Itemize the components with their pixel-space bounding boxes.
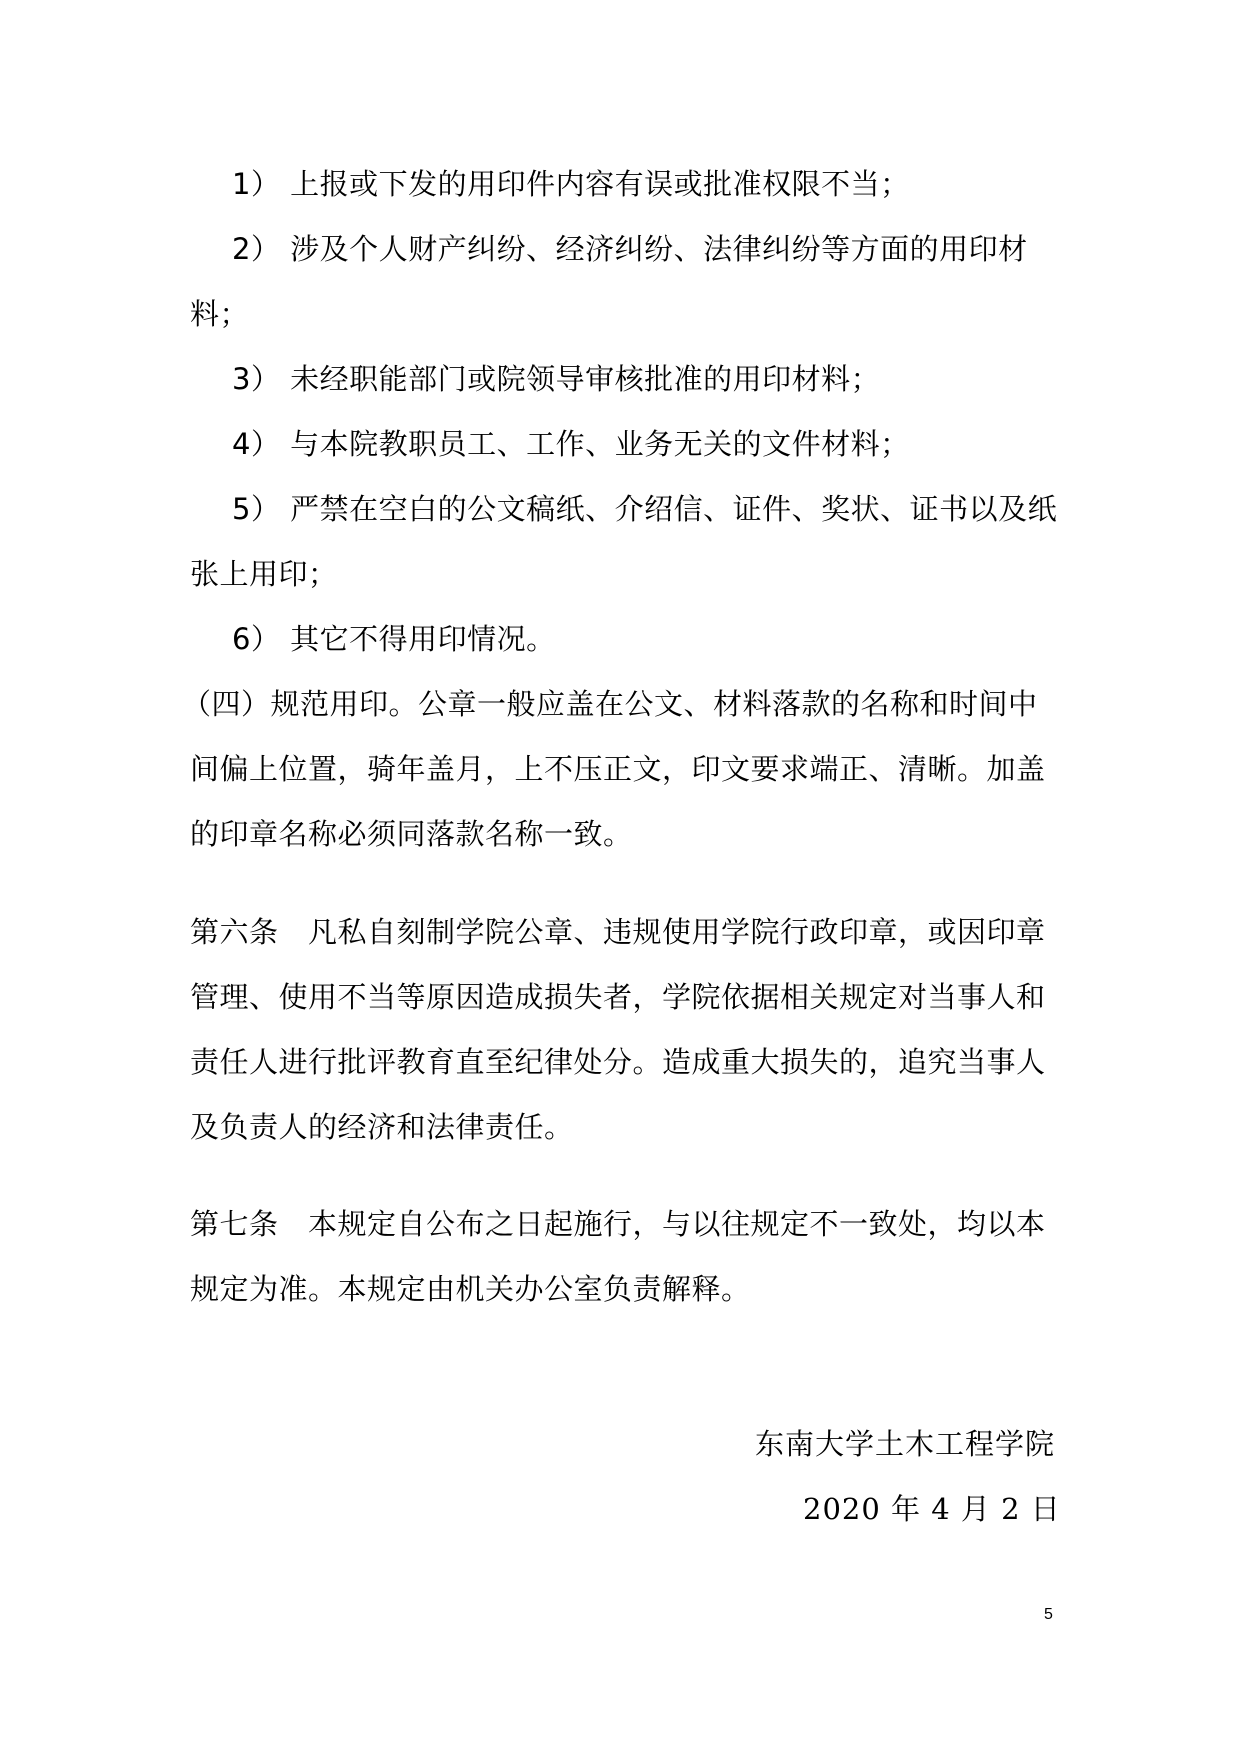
list-item-3: 3） 未经职能部门或院领导审核批准的用印材料；	[232, 361, 880, 397]
article-six-line-2: 管理、使用不当等原因造成损失者，学院依据相关规定对当事人和	[190, 979, 1046, 1015]
signature-organization: 东南大学土木工程学院	[755, 1426, 1055, 1462]
section-four-line-2: 间偏上位置，骑年盖月，上不压正文，印文要求端正、清晰。加盖	[190, 751, 1046, 787]
section-four-line-1: （四）规范用印。公章一般应盖在公文、材料落款的名称和时间中	[182, 686, 1038, 722]
signature-date: 2020 年 4 月 2 日	[803, 1491, 1061, 1527]
list-item-6: 6） 其它不得用印情况。	[232, 621, 556, 657]
document-page: 1） 上报或下发的用印件内容有误或批准权限不当； 2） 涉及个人财产纠纷、经济纠…	[0, 0, 1240, 1754]
list-item-2-continuation: 料；	[190, 296, 249, 332]
article-six-line-4: 及负责人的经济和法律责任。	[190, 1109, 574, 1145]
article-six-line-1: 第六条 凡私自刻制学院公章、违规使用学院行政印章，或因印章	[190, 914, 1046, 950]
article-seven-line-1: 第七条 本规定自公布之日起施行，与以往规定不一致处，均以本	[190, 1206, 1046, 1242]
list-item-1: 1） 上报或下发的用印件内容有误或批准权限不当；	[232, 166, 910, 202]
list-item-5: 5） 严禁在空白的公文稿纸、介绍信、证件、奖状、证书以及纸	[232, 491, 1057, 527]
list-item-4: 4） 与本院教职员工、工作、业务无关的文件材料；	[232, 426, 910, 462]
list-item-2: 2） 涉及个人财产纠纷、经济纠纷、法律纠纷等方面的用印材	[232, 231, 1028, 267]
article-six-line-3: 责任人进行批评教育直至纪律处分。造成重大损失的，追究当事人	[190, 1044, 1046, 1080]
list-item-5-continuation: 张上用印；	[190, 556, 338, 592]
page-number: 5	[1044, 1606, 1053, 1624]
section-four-line-3: 的印章名称必须同落款名称一致。	[190, 816, 633, 852]
article-seven-line-2: 规定为准。本规定由机关办公室负责解释。	[190, 1271, 751, 1307]
